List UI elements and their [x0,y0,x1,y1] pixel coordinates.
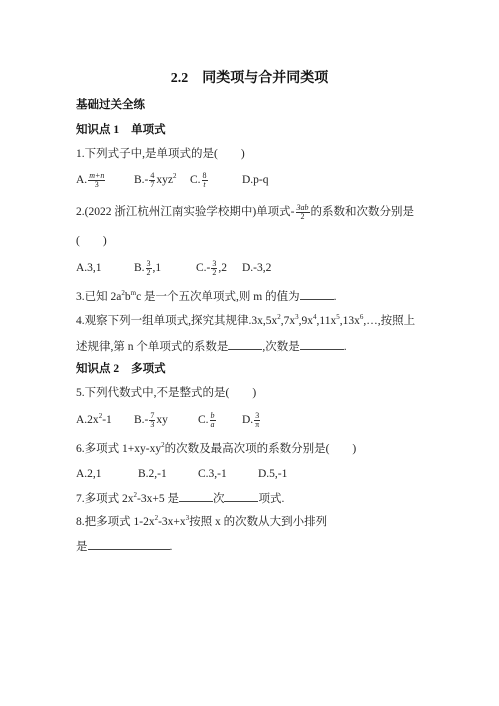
q1-option-c[interactable]: C.8t [190,172,209,189]
q6-option-a[interactable]: A.2,1 [76,466,102,482]
q5-option-d[interactable]: D.3π [242,412,261,429]
q4-degree-blank[interactable] [300,338,344,350]
knowledge-point-1-heading: 知识点 1单项式 [76,122,166,138]
question-7: 7.多项式 2x2-3x+5 是次项式. [76,490,284,507]
q1-option-b[interactable]: B.-47xyz2 [134,172,176,189]
q2-option-a[interactable]: A.3,1 [76,260,102,276]
q6-option-d[interactable]: D.5,-1 [258,466,287,482]
question-8-line-2: 是. [76,538,172,555]
q5-option-b[interactable]: B.-73xy [134,412,168,429]
q7-degree-blank[interactable] [179,490,213,502]
q7-terms-blank[interactable] [224,490,258,502]
question-3: 3.已知 2a2bmc 是一个五次单项式,则 m 的值为. [76,288,337,305]
page-title: 2.2同类项与合并同类项 [0,67,499,87]
section-number: 2.2 [171,71,189,86]
q8-answer-blank[interactable] [88,538,170,550]
q4-coefficient-blank[interactable] [228,338,262,350]
section-heading: 基础过关全练 [76,97,145,113]
title-text: 同类项与合并同类项 [202,71,328,86]
q2-option-c[interactable]: C.-32,2 [196,260,227,277]
q2-option-d[interactable]: D.-3,2 [242,260,271,276]
question-2-stem: 2.(2022 浙江杭州江南实验学校期中)单项式-3ab2的系数和次数分别是 [76,204,414,221]
question-1-stem: 1.下列式子中,是单项式的是( ) [76,146,245,162]
question-1-options: A.m+n3 B.-47xyz2 C.8t D.p-q [76,172,436,192]
question-5-options: A.2x2-1 B.-73xy C.ba D.3π [76,412,436,432]
question-4-line-2: 述规律,第 n 个单项式的系数是,次数是. [76,338,347,355]
q5-option-a[interactable]: A.2x2-1 [76,412,112,428]
q6-option-b[interactable]: B.2,-1 [138,466,167,482]
question-2-answer-paren: ( ) [76,233,107,249]
knowledge-point-2-heading: 知识点 2多项式 [76,361,166,377]
q1-option-a[interactable]: A.m+n3 [76,172,106,189]
q5-option-c[interactable]: C.ba [198,412,217,429]
q6-option-c[interactable]: C.3,-1 [198,466,227,482]
question-2-options: A.3,1 B.32,1 C.-32,2 D.-3,2 [76,260,436,280]
q2-option-b[interactable]: B.32,1 [134,260,161,277]
q3-answer-blank[interactable] [300,288,334,300]
question-8-line-1: 8.把多项式 1-2x2-3x+x3按照 x 的次数从大到小排列 [76,514,327,530]
question-6-stem: 6.多项式 1+xy-xy2的次数及最高次项的系数分别是( ) [76,441,356,457]
question-5-stem: 5.下列代数式中,不是整式的是( ) [76,385,256,401]
question-4-line-1: 4.观察下列一组单项式,探究其规律.3x,5x2,7x3,9x4,11x5,13… [76,313,415,329]
question-6-options: A.2,1 B.2,-1 C.3,-1 D.5,-1 [76,466,436,484]
q1-option-d[interactable]: D.p-q [242,172,269,188]
